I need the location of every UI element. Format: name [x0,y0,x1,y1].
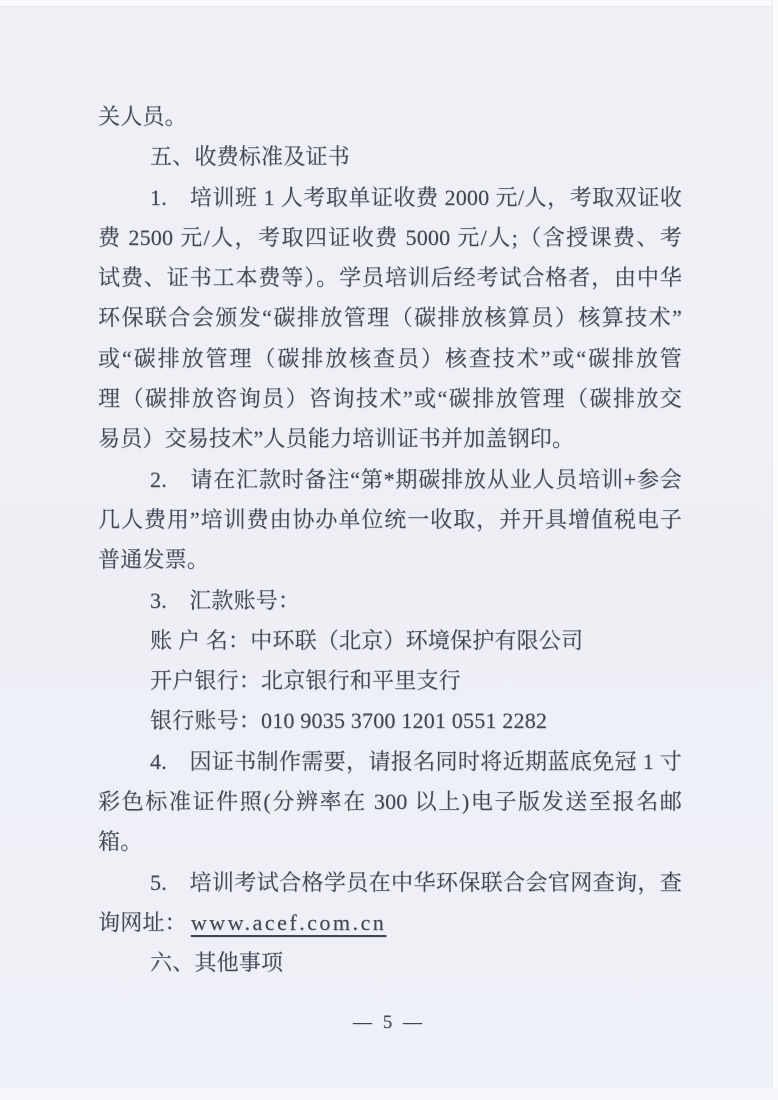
certificate-names-line-end: 易员）交易技术”人员能力培训证书并加盖钢印。 [98,419,682,459]
scan-edge-bottom [0,1088,778,1100]
fee-paragraph-line: 费 2500 元/人，考取四证收费 5000 元/人;（含授课费、考 [98,218,682,258]
body-line-continuation: 关人员。 [98,97,682,137]
document-body: 关人员。 五、收费标准及证书 1. 培训班 1 人考取单证收费 2000 元/人… [98,97,682,984]
scanned-document-page: 关人员。 五、收费标准及证书 1. 培训班 1 人考取单证收费 2000 元/人… [0,0,778,1100]
fee-paragraph-line: 试费、证书工本费等）。学员培训后经考试合格者，由中华 [98,258,682,298]
bank-account-number-line: 银行账号：010 9035 3700 1201 0551 2282 [98,701,682,741]
certificate-names-line: 环保联合会颁发“碳排放管理（碳排放核算员）核算技术” [98,298,682,338]
certificate-names-line: 理（碳排放咨询员）咨询技术”或“碳排放管理（碳排放交 [98,379,682,419]
account-info-item-3-line: 3. 汇款账号： [98,581,682,621]
remittance-note-line-end: 普通发票。 [98,540,682,580]
website-line: 询网址：www.acef.com.cn [98,903,682,943]
section-6-heading: 六、其他事项 [98,943,682,983]
query-item-5-line: 5. 培训考试合格学员在中华环保联合会官网查询，查 [98,863,682,903]
certificate-names-line: 或“碳排放管理（碳排放核查员）核查技术”或“碳排放管 [98,339,682,379]
account-name-line: 账 户 名：中环联（北京）环境保护有限公司 [98,621,682,661]
photo-requirement-line: 彩色标准证件照(分辨率在 300 以上)电子版发送至报名邮 [98,782,682,822]
bank-branch-line: 开户银行：北京银行和平里支行 [98,661,682,701]
photo-requirement-line-end: 箱。 [98,822,682,862]
website-url: www.acef.com.cn [191,910,387,935]
website-label: 询网址： [98,910,187,935]
scan-edge-right [772,0,778,1100]
remittance-note-line: 几人费用”培训费由协办单位统一收取，并开具增值税电子 [98,500,682,540]
remittance-note-item-2-line: 2. 请在汇款时备注“第*期碳排放从业人员培训+参会 [98,460,682,500]
fee-item-1-line: 1. 培训班 1 人考取单证收费 2000 元/人，考取双证收 [98,178,682,218]
scan-edge-top [0,0,778,7]
photo-requirement-item-4-line: 4. 因证书制作需要，请报名同时将近期蓝底免冠 1 寸 [98,742,682,782]
page-number: — 5 — [0,1012,778,1034]
section-5-heading: 五、收费标准及证书 [98,137,682,177]
